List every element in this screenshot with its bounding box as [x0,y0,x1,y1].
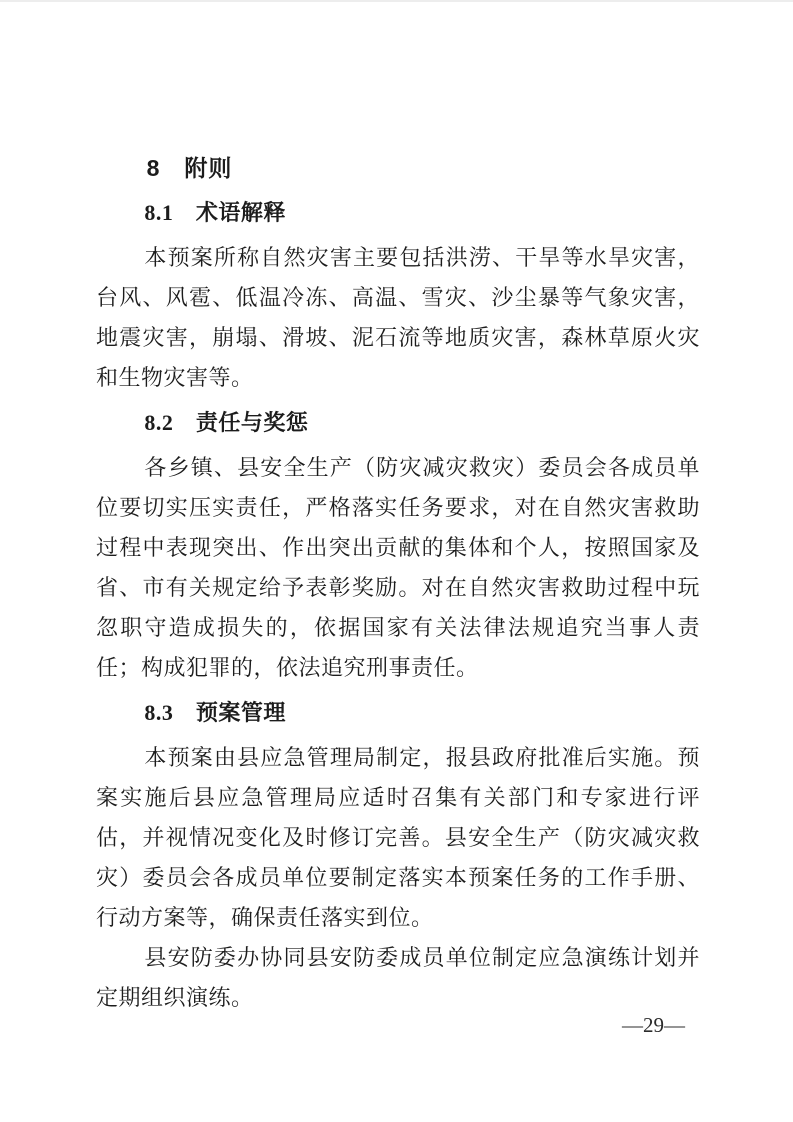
section-8-3-paragraph-2: 县安防委办协同县安防委成员单位制定应急演练计划并定期组织演练。 [96,938,700,1018]
section-heading-8-3: 8.3 预案管理 [96,693,700,733]
page-footer: —29— [622,1010,685,1040]
section-8-3-paragraph-1: 本预案由县应急管理局制定，报县政府批准后实施。预案实施后县应急管理局应适时召集有… [96,738,700,938]
section-heading-8-2: 8.2 责任与奖惩 [96,403,700,443]
section-8-1-paragraph-1: 本预案所称自然灾害主要包括洪涝、干旱等水旱灾害，台风、风雹、低温冷冻、高温、雪灾… [96,238,700,398]
chapter-heading: 8 附则 [96,148,700,188]
section-heading-8-1: 8.1 术语解释 [96,193,700,233]
document-content: 8 附则 8.1 术语解释 本预案所称自然灾害主要包括洪涝、干旱等水旱灾害，台风… [0,2,793,1018]
document-page: 8 附则 8.1 术语解释 本预案所称自然灾害主要包括洪涝、干旱等水旱灾害，台风… [0,0,793,1122]
page-number: —29— [622,1013,685,1037]
section-8-2-paragraph-1: 各乡镇、县安全生产（防灾减灾救灾）委员会各成员单位要切实压实责任，严格落实任务要… [96,448,700,688]
